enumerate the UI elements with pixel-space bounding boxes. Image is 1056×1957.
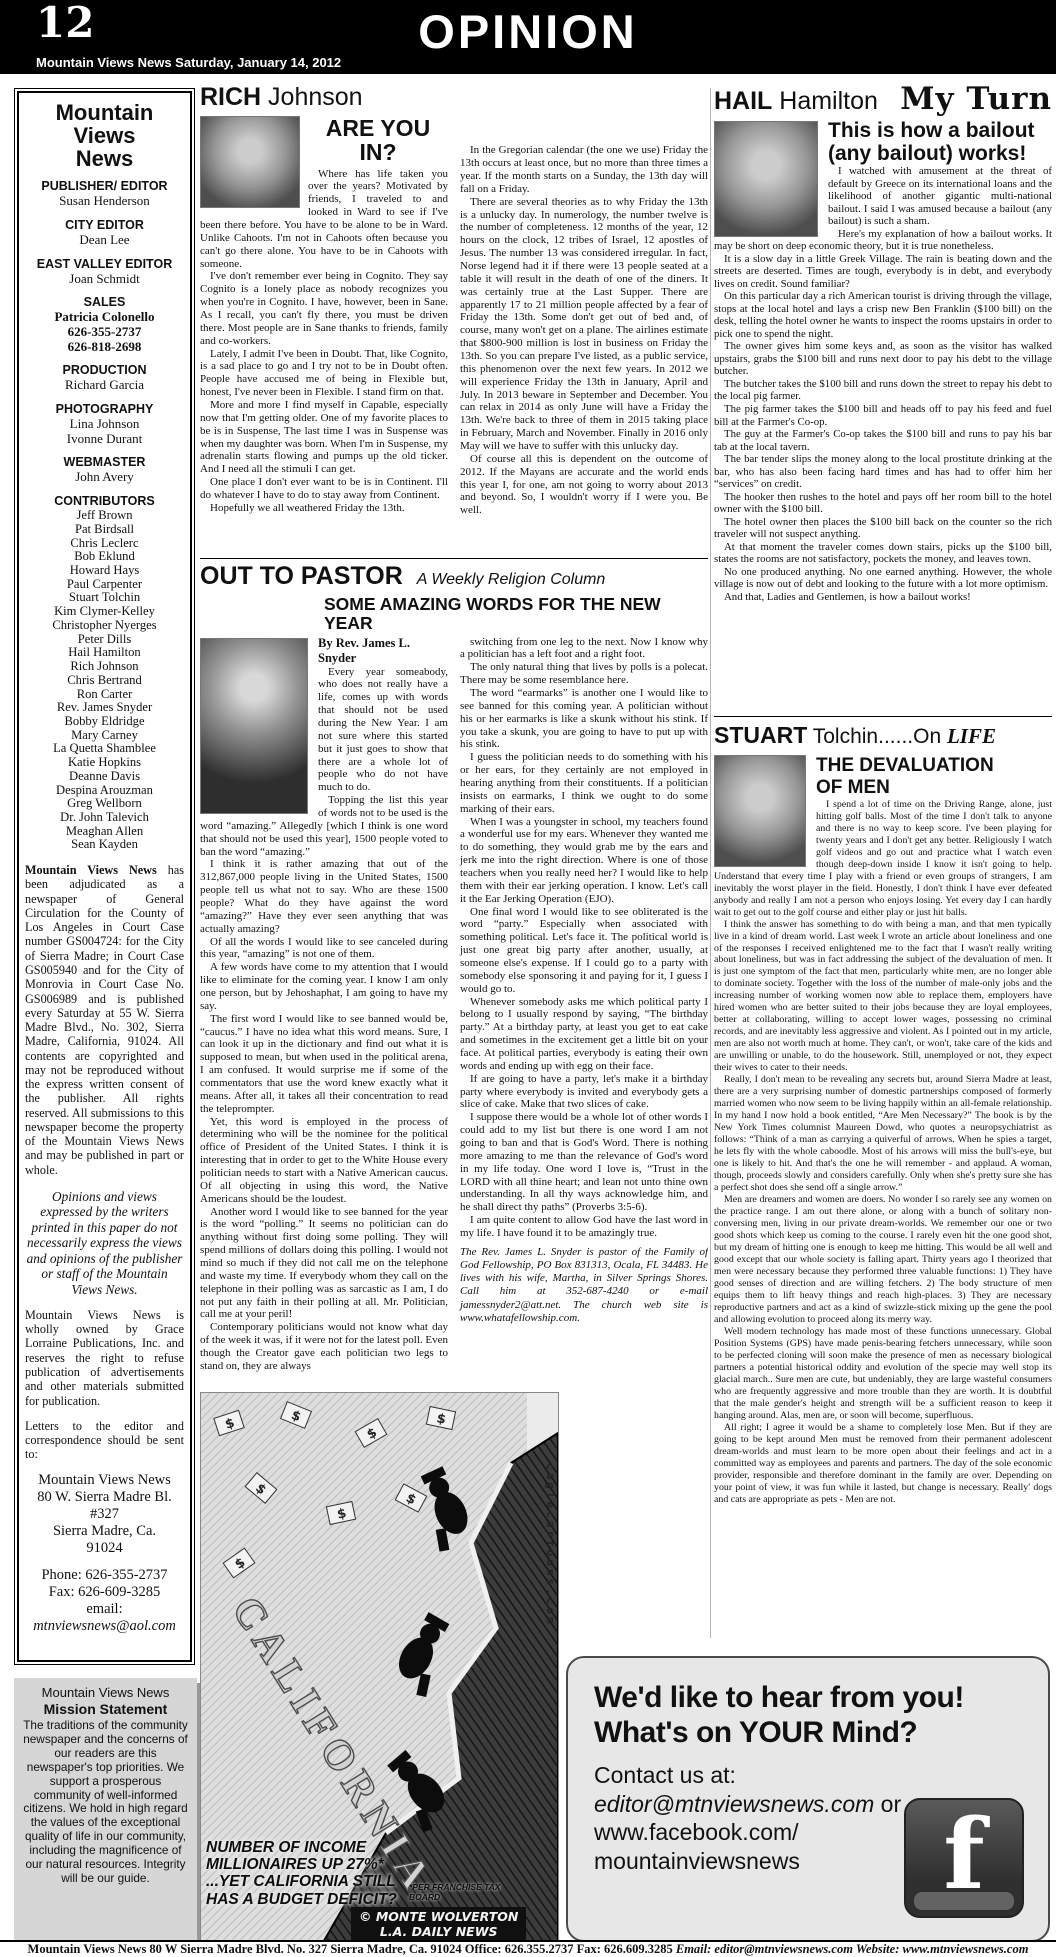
cartoon-caption: NUMBER OF INCOME MILLIONAIRES UP 27%* ..… — [206, 1839, 404, 1908]
paragraph: I think the answer has something to do w… — [714, 919, 1052, 1075]
paragraph: Contemporary politicians would not know … — [200, 1321, 448, 1372]
legal-text: has been adjudicated as a newspaper of G… — [25, 863, 184, 1177]
hail-kicker-row: HAIL Hamilton My Turn — [714, 84, 1052, 115]
staff-names: Patricia Colonello626-355-2737626-818-26… — [25, 310, 184, 354]
paragraph: 80 W. Sierra Madre Bl. — [25, 1489, 184, 1506]
paragraph: I've don't remember ever being in Cognit… — [200, 270, 448, 347]
paragraph: Katie Hopkins — [25, 756, 184, 770]
staff-names: Susan Henderson — [25, 194, 184, 209]
cartoon-caption-line2: MILLIONAIRES UP 27%* — [206, 1856, 404, 1873]
paragraph: It is a slow day in a little Greek Villa… — [714, 253, 1052, 291]
staff-names: Dean Lee — [25, 233, 184, 248]
cartoon-caption-line3: ...YET CALIFORNIA STILL — [206, 1873, 404, 1890]
paragraph: Fax: 626-609-3285 — [25, 1584, 184, 1601]
paragraph: Lina Johnson — [25, 417, 184, 432]
my-turn-brand: My Turn — [900, 84, 1052, 115]
footer-website-label: Website: — [856, 1942, 900, 1956]
paragraph: Chris Leclerc — [25, 537, 184, 551]
rich-kicker: RICH Johnson — [200, 84, 708, 110]
pastor-column-1: By Rev. James L. Snyder Every year somea… — [200, 636, 448, 1373]
paragraph: Meaghan Allen — [25, 825, 184, 839]
staff-block-east-valley-editor: EAST VALLEY EDITOR Joan Schmidt — [25, 257, 184, 287]
hail-kicker-last: Hamilton — [772, 87, 878, 115]
staff-names: Lina JohnsonIvonne Durant — [25, 417, 184, 446]
paragraph: Men are dreamers and women are doers. No… — [714, 1194, 1052, 1326]
paragraph: Bob Eklund — [25, 550, 184, 564]
staff-role: PRODUCTION — [25, 363, 184, 378]
paragraph: The owner gives him some keys and, as so… — [714, 340, 1052, 378]
paragraph: One final word I would like to see oblit… — [460, 906, 708, 996]
cartoon-credit: © MONTE WOLVERTON L.A. DAILY NEWS — [351, 1907, 526, 1942]
paragraph: All right; I agree it would be a shame t… — [714, 1422, 1052, 1506]
mission-statement-box: Mountain Views News Mission Statement Th… — [14, 1678, 197, 1940]
pastor-column-2: switching from one leg to the next. Now … — [460, 636, 708, 1373]
pastor-subtitle: A Weekly Religion Column — [417, 571, 606, 588]
paragraph: Patricia Colonello — [25, 310, 184, 325]
paragraph: Mary Carney — [25, 729, 184, 743]
paragraph: News — [25, 147, 184, 170]
footer-email: editor@mtnviewsnews.com — [711, 1942, 856, 1956]
masthead-bar: 12 OPINION Mountain Views News Saturday,… — [0, 0, 1056, 74]
paragraph: A few words have come to my attention th… — [200, 961, 448, 1012]
pastor-title: OUT TO PASTOR — [200, 562, 403, 590]
paragraph: No one produced anything. No one earned … — [714, 566, 1052, 591]
pastor-title-row: OUT TO PASTOR A Weekly Religion Column — [200, 564, 708, 589]
section-title: OPINION — [0, 8, 1056, 55]
cartoon-credit-line2: L.A. DAILY NEWS — [359, 1925, 518, 1939]
paragraph: Ron Carter — [25, 688, 184, 702]
legal-lead: Mountain Views News — [25, 863, 157, 877]
ownership-notice: Mountain Views News is wholly owned by G… — [25, 1308, 184, 1408]
pastor-bio: The Rev. James L. Snyder is pastor of th… — [460, 1246, 708, 1325]
masthead-sidebar: MountainViewsNews PUBLISHER/ EDITOR Susa… — [14, 88, 195, 1665]
stuart-kicker: STUART Tolchin......On LIFE — [714, 723, 1052, 749]
staff-role: PHOTOGRAPHY — [25, 402, 184, 417]
mailing-address: Mountain Views News80 W. Sierra Madre Bl… — [25, 1472, 184, 1558]
staff-role: PUBLISHER/ EDITOR — [25, 179, 184, 194]
paragraph: The hooker then rushes to the hotel and … — [714, 491, 1052, 516]
rich-kicker-last: Johnson — [261, 84, 362, 111]
footer-address: Mountain Views News 80 W Sierra Madre Bl… — [28, 1942, 676, 1956]
paragraph: Howard Hays — [25, 564, 184, 578]
cartoon-caption-line1: NUMBER OF INCOME — [206, 1839, 404, 1856]
paragraph: Dr. John Talevich — [25, 811, 184, 825]
paragraph: Paul Carpenter — [25, 578, 184, 592]
paragraph: Richard Garcia — [25, 378, 184, 393]
paragraph: Kim Clymer-Kelley — [25, 605, 184, 619]
paragraph: Mountain — [25, 101, 184, 124]
editorial-cartoon: $ $ $ $ $ $ $ $ CALIFORNIA NUMBER OF INC… — [200, 1392, 559, 1947]
paragraph: I guess the politician needs to do somet… — [460, 751, 708, 815]
facebook-icon: f — [904, 1798, 1024, 1918]
rich-johnson-photo — [200, 116, 300, 208]
paragraph: Greg Wellborn — [25, 797, 184, 811]
cartoon-website: caglecartoons.com — [545, 1463, 556, 1627]
paragraph: Yet, this word is employed in the proces… — [200, 1116, 448, 1206]
mission-body: The traditions of the community newspape… — [21, 1719, 190, 1886]
opinions-disclaimer: Opinions and views expressed by the writ… — [25, 1189, 184, 1297]
paragraph: There are several theories as to why Fri… — [460, 196, 708, 453]
staff-role: CITY EDITOR — [25, 218, 184, 233]
hail-kicker-first: HAIL — [714, 87, 772, 115]
paragraph: Hopefully we all weathered Friday the 13… — [200, 502, 448, 515]
paragraph: Whenever somebody asks me which politica… — [460, 996, 708, 1073]
paragraph: email: — [25, 1601, 184, 1618]
legal-notice: Mountain Views News has been adjudicated… — [25, 863, 184, 1177]
masthead-sidebar-inner: MountainViewsNews PUBLISHER/ EDITOR Susa… — [17, 91, 192, 1662]
facebook-f-glyph: f — [906, 1802, 1022, 1908]
cartoon-caption-line4: HAS A BUDGET DEFICIT? — [206, 1891, 404, 1908]
hail-hamilton-photo — [714, 121, 818, 237]
paragraph: One place I don't ever want to be is in … — [200, 476, 448, 502]
paragraph: The guy at the Farmer's Co-op takes the … — [714, 428, 1052, 453]
paragraph: Of all the words I would like to see can… — [200, 936, 448, 962]
pastor-col2-text: switching from one leg to the next. Now … — [460, 636, 708, 1240]
paragraph: Rich Johnson — [25, 660, 184, 674]
paragraph: La Quetta Shamblee — [25, 742, 184, 756]
paragraph: Hail Hamilton — [25, 646, 184, 660]
paragraph: Views — [25, 124, 184, 147]
staff-block-city-editor: CITY EDITOR Dean Lee — [25, 218, 184, 248]
staff-names: Joan Schmidt — [25, 272, 184, 287]
column-divider — [710, 88, 711, 1638]
paragraph: Phone: 626-355-2737 — [25, 1567, 184, 1584]
staff-names: Richard Garcia — [25, 378, 184, 393]
article-out-to-pastor: OUT TO PASTOR A Weekly Religion Column S… — [200, 558, 708, 1390]
paragraph: The pig farmer takes the $100 bill and h… — [714, 403, 1052, 428]
paragraph: On this particular day a rich American t… — [714, 290, 1052, 340]
paragraph: More and more I find myself in Capable, … — [200, 399, 448, 476]
rev-snyder-photo — [200, 638, 308, 814]
feedback-box: We'd like to hear from you! What's on YO… — [566, 1656, 1050, 1942]
paragraph: Despina Arouzman — [25, 784, 184, 798]
paragraph: Christopher Nyerges — [25, 619, 184, 633]
paragraph: Lately, I admit I've been in Doubt. That… — [200, 348, 448, 399]
paragraph: Susan Henderson — [25, 194, 184, 209]
paragraph: If are going to have a party, let's make… — [460, 1073, 708, 1112]
article-rich-johnson: RICH Johnson ARE YOU IN? Where has life … — [200, 84, 708, 558]
paragraph: Joan Schmidt — [25, 272, 184, 287]
paragraph: Dean Lee — [25, 233, 184, 248]
staff-block-contributors: CONTRIBUTORS Jeff BrownPat BirdsallChris… — [25, 494, 184, 852]
contributor-names: Jeff BrownPat BirdsallChris LeclercBob E… — [25, 509, 184, 852]
paragraph: mtnviewsnews@aol.com — [25, 1618, 184, 1635]
rich-kicker-first: RICH — [200, 84, 261, 111]
paragraph: And that, Ladies and Gentlemen, is how a… — [714, 591, 1052, 604]
paragraph: Sierra Madre, Ca. — [25, 1523, 184, 1540]
stuart-text: I spend a lot of time on the Driving Ran… — [714, 799, 1052, 1506]
paragraph: Ivonne Durant — [25, 432, 184, 447]
feedback-title-line1: We'd like to hear from you! — [594, 1680, 1022, 1715]
footer-website: www.mtnviewsnews.com — [899, 1942, 1028, 1956]
contact-email-suffix: or — [874, 1791, 901, 1817]
staff-block-publisher: PUBLISHER/ EDITOR Susan Henderson — [25, 179, 184, 209]
paragraph: In the Gregorian calendar (the one we us… — [460, 144, 708, 195]
dateline: Mountain Views News Saturday, January 14… — [36, 56, 341, 69]
stuart-tolchin-photo — [714, 755, 806, 867]
paragraph: I suppose there would be a whole lot of … — [460, 1111, 708, 1214]
paragraph: Another word I would like to see banned … — [200, 1206, 448, 1322]
paragraph: Mountain Views News — [25, 1472, 184, 1489]
paragraph: Jeff Brown — [25, 509, 184, 523]
paragraph: Sean Kayden — [25, 838, 184, 852]
paragraph: The hotel owner then places the $100 bil… — [714, 516, 1052, 541]
feedback-title-line2: What's on YOUR Mind? — [594, 1715, 1022, 1750]
staff-role: SALES — [25, 295, 184, 310]
mission-title-paper: Mountain Views News — [21, 1686, 190, 1701]
paragraph: Of course all this is dependent on the o… — [460, 453, 708, 517]
stuart-kicker-life: LIFE — [947, 724, 996, 748]
paragraph: The only natural thing that lives by pol… — [460, 661, 708, 687]
staff-role: EAST VALLEY EDITOR — [25, 257, 184, 272]
staff-block-webmaster: WEBMASTER John Avery — [25, 455, 184, 485]
newspaper-page: 12 OPINION Mountain Views News Saturday,… — [0, 0, 1056, 1957]
staff-block-sales: SALES Patricia Colonello626-355-2737626-… — [25, 295, 184, 354]
rich-col2-text: In the Gregorian calendar (the one we us… — [460, 110, 708, 517]
paragraph: John Avery — [25, 470, 184, 485]
stuart-kicker-middle: Tolchin......On — [807, 725, 947, 748]
article-stuart-tolchin: STUART Tolchin......On LIFE THE DEVALUAT… — [714, 716, 1052, 1644]
paragraph: Bobby Eldridge — [25, 715, 184, 729]
paragraph: Pat Birdsall — [25, 523, 184, 537]
staff-role: CONTRIBUTORS — [25, 494, 184, 509]
article-hail-hamilton: HAIL Hamilton My Turn This is how a bail… — [714, 84, 1052, 714]
paragraph: switching from one leg to the next. Now … — [460, 636, 708, 662]
page-footer: Mountain Views News 80 W Sierra Madre Bl… — [0, 1940, 1056, 1957]
contact-label: Contact us at: — [594, 1761, 1022, 1790]
hail-kicker: HAIL Hamilton — [714, 88, 878, 114]
letters-notice: Letters to the editor and correspondence… — [25, 1419, 184, 1462]
staff-role: WEBMASTER — [25, 455, 184, 470]
paragraph: 91024 — [25, 1540, 184, 1557]
feedback-title: We'd like to hear from you! What's on YO… — [594, 1680, 1022, 1751]
paragraph: Peter Dills — [25, 633, 184, 647]
paragraph: I am quite content to allow God have the… — [460, 1214, 708, 1240]
paragraph: Really, I don't mean to be revealing any… — [714, 1074, 1052, 1194]
staff-block-photography: PHOTOGRAPHY Lina JohnsonIvonne Durant — [25, 402, 184, 446]
paragraph: 626-818-2698 — [25, 340, 184, 355]
contact-email-address: editor@mtnviewsnews.com — [594, 1791, 874, 1817]
rich-col1-text: Where has life taken you over the years?… — [200, 168, 448, 515]
paragraph: The bar tender slips the money along to … — [714, 453, 1052, 491]
rich-column-2: In the Gregorian calendar (the one we us… — [460, 110, 708, 517]
paragraph: Chris Bertrand — [25, 674, 184, 688]
paragraph: Rev. James Snyder — [25, 701, 184, 715]
paragraph: Well modern technology has made most of … — [714, 1326, 1052, 1422]
staff-names: John Avery — [25, 470, 184, 485]
mission-title: Mission Statement — [21, 1701, 190, 1717]
phone-contact: Phone: 626-355-2737Fax: 626-609-3285emai… — [25, 1567, 184, 1635]
paragraph: Deanne Davis — [25, 770, 184, 784]
paper-title: MountainViewsNews — [25, 101, 184, 170]
paragraph: #327 — [25, 1506, 184, 1523]
stuart-kicker-first: STUART — [714, 722, 807, 748]
paragraph: I think it is rather amazing that out of… — [200, 858, 448, 935]
rich-column-1: ARE YOU IN? Where has life taken you ove… — [200, 110, 448, 517]
paragraph: The butcher takes the $100 bill and runs… — [714, 378, 1052, 403]
paragraph: Stuart Tolchin — [25, 591, 184, 605]
cartoon-credit-line1: © MONTE WOLVERTON — [359, 1910, 518, 1924]
paragraph: At that moment the traveler comes down s… — [714, 541, 1052, 566]
footer-email-label: Email: — [676, 1942, 711, 1956]
paragraph: The first word I would like to see banne… — [200, 1013, 448, 1116]
paragraph: The word “earmarks” is another one I wou… — [460, 687, 708, 751]
paragraph: When I was a youngster in school, my tea… — [460, 816, 708, 906]
staff-block-production: PRODUCTION Richard Garcia — [25, 363, 184, 393]
cartoon-footnote: *PER FRANCHISE TAX BOARD — [409, 1883, 529, 1902]
paragraph: 626-355-2737 — [25, 325, 184, 340]
pastor-headline: SOME AMAZING WORDS FOR THE NEW YEAR — [324, 595, 708, 634]
